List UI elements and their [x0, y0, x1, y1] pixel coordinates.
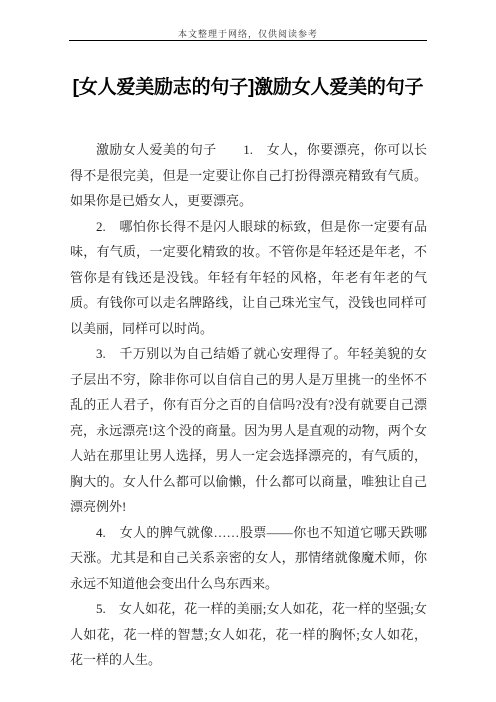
paragraph-2: 2. 哪怕你长得不是闪人眼球的标致，但是你一定要有品味，有气质，一定要化精致的妆… [70, 214, 427, 342]
header-note: 本文整理于网络，仅供阅读参考 [0, 27, 496, 40]
paragraph-4: 4. 女人的脾气就像……股票——你也不知道它哪天跌哪天涨。尤其是和自己关系亲密的… [70, 520, 427, 597]
header-rule [69, 40, 427, 41]
paragraph-5: 5. 女人如花，花一样的美丽;女人如花，花一样的坚强;女人如花，花一样的智慧;女… [70, 596, 427, 673]
page-title: [女人爱美励志的句子]激励女人爱美的句子 [0, 74, 496, 102]
paragraph-1: 激励女人爱美的句子 1. 女人，你要漂亮，你可以长得不是很完美，但是一定要让你自… [70, 137, 427, 214]
paragraph-3: 3. 千万别以为自己结婚了就心安理得了。年轻美貌的女子层出不穷，除非你可以自信自… [70, 341, 427, 520]
document-page: 本文整理于网络，仅供阅读参考 [女人爱美励志的句子]激励女人爱美的句子 激励女人… [0, 0, 496, 702]
document-body: 激励女人爱美的句子 1. 女人，你要漂亮，你可以长得不是很完美，但是一定要让你自… [70, 137, 427, 673]
